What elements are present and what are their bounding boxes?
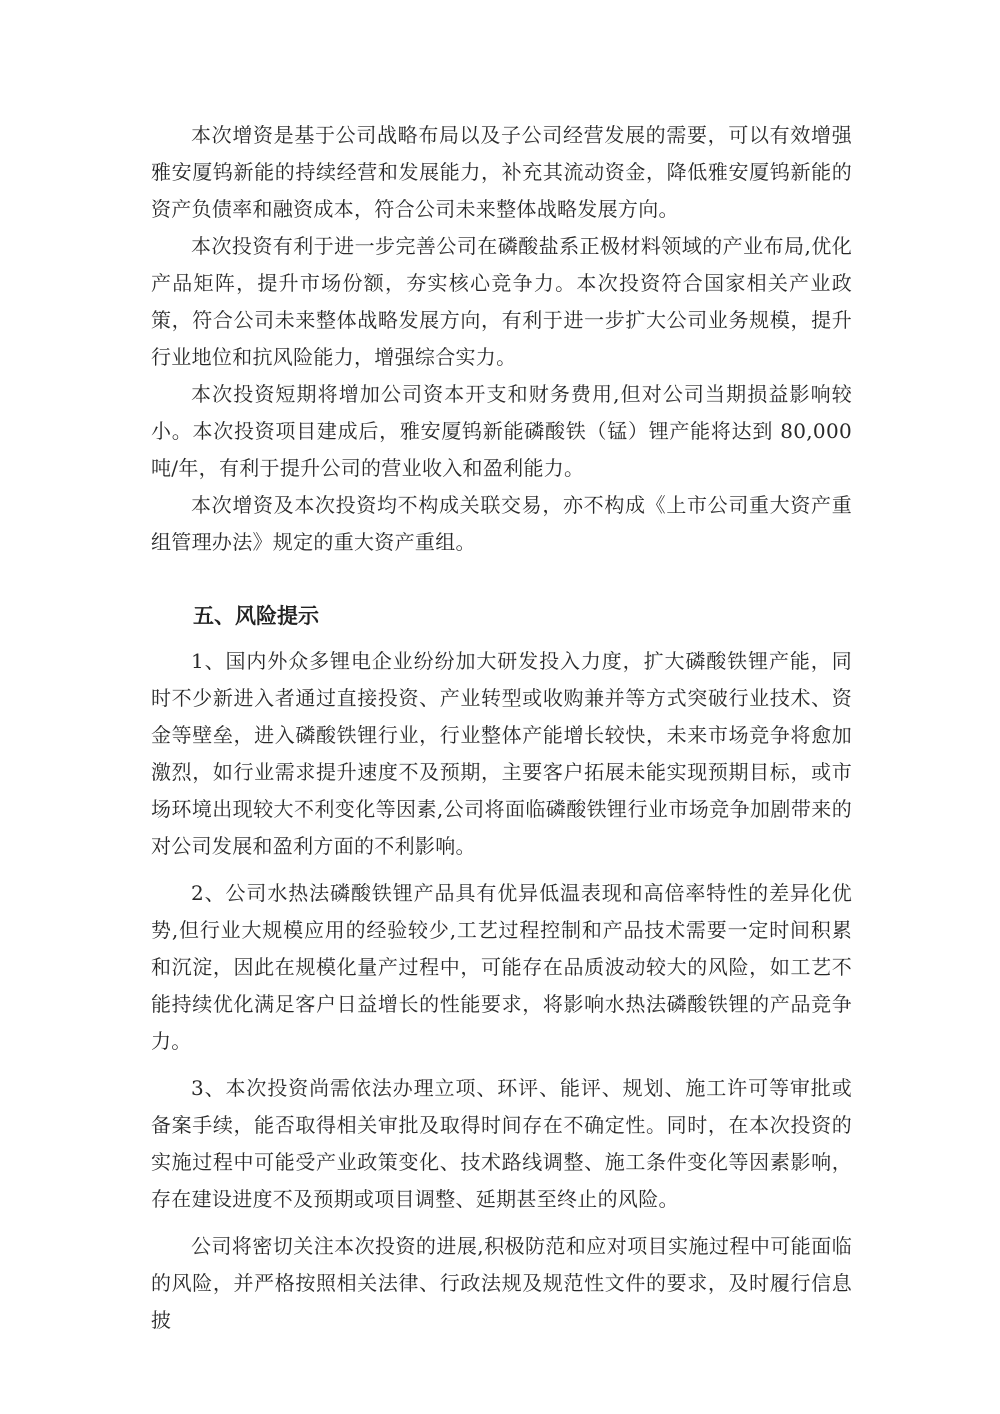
paragraph-related-transaction-statement: 本次增资及本次投资均不构成关联交易，亦不构成《上市公司重大资产重组管理办法》规定… — [151, 487, 852, 561]
paragraph-risk-approval-uncertainty: 3、本次投资尚需依法办理立项、环评、能评、规划、施工许可等审批或备案手续，能否取… — [151, 1070, 852, 1218]
document-page: { "document": { "intro_paragraphs": [ "本… — [0, 0, 1000, 1414]
section-heading-risk-notice: 五、风险提示 — [151, 598, 852, 635]
paragraph-risk-market-competition: 1、国内外众多锂电企业纷纷加大研发投入力度，扩大磷酸铁锂产能，同时不少新进入者通… — [151, 643, 852, 865]
page-content: 本次增资是基于公司战略布局以及子公司经营发展的需要，可以有效增强雅安厦钨新能的持… — [0, 0, 1000, 1414]
paragraph-risk-hydrothermal-process: 2、公司水热法磷酸铁锂产品具有优异低温表现和高倍率特性的差异化优势,但行业大规模… — [151, 875, 852, 1060]
paragraph-financial-impact: 本次投资短期将增加公司资本开支和财务费用,但对公司当期损益影响较小。本次投资项目… — [151, 376, 852, 487]
paragraph-capital-increase-purpose: 本次增资是基于公司战略布局以及子公司经营发展的需要，可以有效增强雅安厦钨新能的持… — [151, 117, 852, 228]
paragraph-risk-closing: 公司将密切关注本次投资的进展,积极防范和应对项目实施过程中可能面临的风险，并严格… — [151, 1228, 852, 1339]
paragraph-investment-industry-layout: 本次投资有利于进一步完善公司在磷酸盐系正极材料领域的产业布局,优化产品矩阵，提升… — [151, 228, 852, 376]
